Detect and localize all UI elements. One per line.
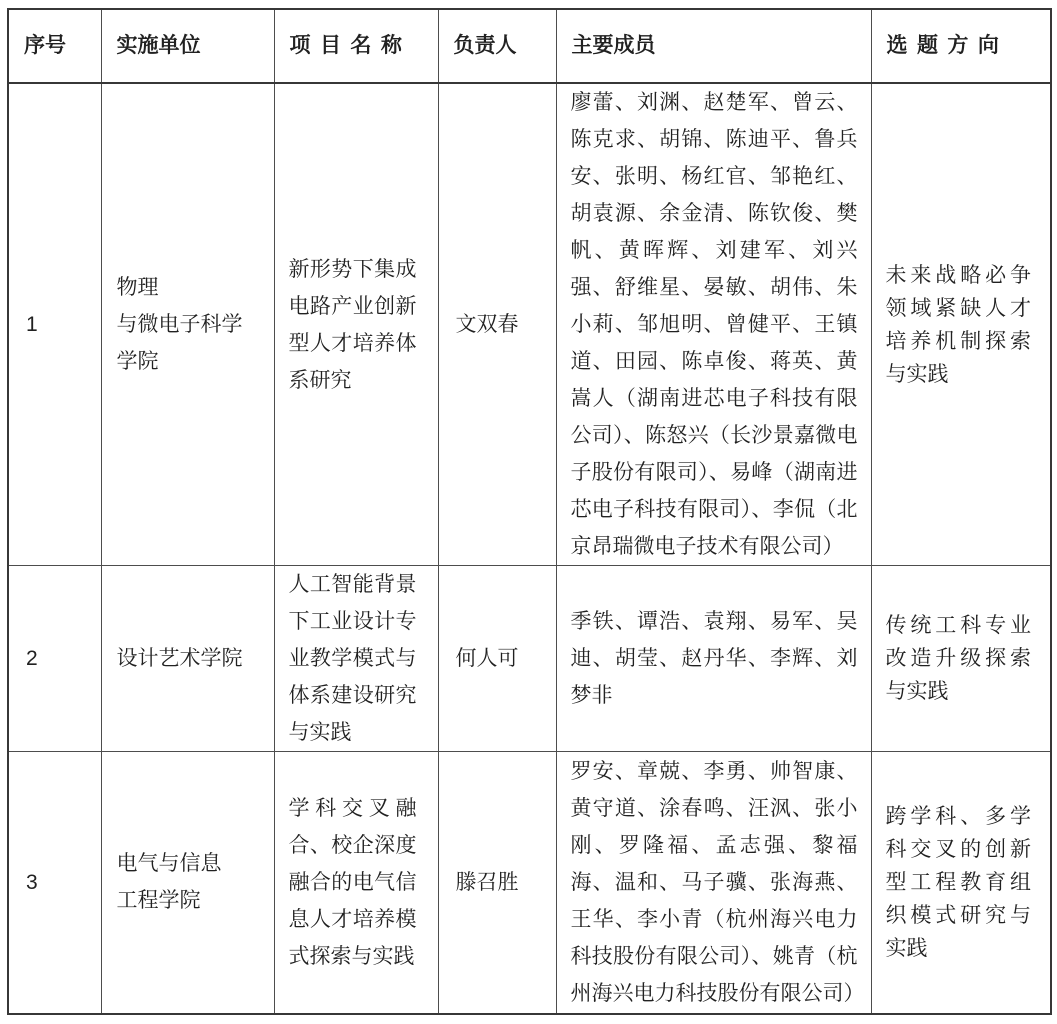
- project-list-table: 序号 实施单位 项目名称 负责人 主要成员 选题方向 1 物理 与微电子科学 学…: [7, 8, 1052, 1015]
- table-row: 3 电气与信息 工程学院 学科交叉融合、校企深度融合的电气信息人才培养模式探索与…: [8, 752, 1051, 1014]
- row-direction: 跨学科、多学科交叉的创新型工程教育组织模式研究与实践: [871, 752, 1051, 1014]
- table-row: 2 设计艺术学院 人工智能背景下工业设计专业教学模式与体系建设研究与实践 何人可…: [8, 566, 1051, 752]
- row-unit: 物理 与微电子科学 学院: [101, 83, 274, 566]
- col-header-direction: 选题方向: [871, 9, 1051, 83]
- col-header-unit: 实施单位: [101, 9, 274, 83]
- col-header-leader: 负责人: [438, 9, 556, 83]
- row-project-name: 新形势下集成电路产业创新型人才培养体系研究: [274, 83, 438, 566]
- row-leader: 何人可: [438, 566, 556, 752]
- row-members: 罗安、章兢、李勇、帅智康、黄守道、涂春鸣、汪沨、张小刚、罗隆福、孟志强、黎福海、…: [556, 752, 871, 1014]
- col-header-members: 主要成员: [556, 9, 871, 83]
- row-no: 2: [8, 566, 101, 752]
- row-members: 季铁、谭浩、袁翔、易军、吴迪、胡莹、赵丹华、李辉、刘梦非: [556, 566, 871, 752]
- row-leader: 滕召胜: [438, 752, 556, 1014]
- table-row: 1 物理 与微电子科学 学院 新形势下集成电路产业创新型人才培养体系研究 文双春…: [8, 83, 1051, 566]
- row-direction: 传统工科专业改造升级探索与实践: [871, 566, 1051, 752]
- row-leader: 文双春: [438, 83, 556, 566]
- row-unit: 电气与信息 工程学院: [101, 752, 274, 1014]
- row-no: 1: [8, 83, 101, 566]
- col-header-project: 项目名称: [274, 9, 438, 83]
- row-project-name: 学科交叉融合、校企深度融合的电气信息人才培养模式探索与实践: [274, 752, 438, 1014]
- page-container: 序号 实施单位 项目名称 负责人 主要成员 选题方向 1 物理 与微电子科学 学…: [0, 0, 1057, 1024]
- row-project-name: 人工智能背景下工业设计专业教学模式与体系建设研究与实践: [274, 566, 438, 752]
- row-unit: 设计艺术学院: [101, 566, 274, 752]
- table-header-row: 序号 实施单位 项目名称 负责人 主要成员 选题方向: [8, 9, 1051, 83]
- row-direction: 未来战略必争领域紧缺人才培养机制探索与实践: [871, 83, 1051, 566]
- col-header-no: 序号: [8, 9, 101, 83]
- row-members: 廖蕾、刘渊、赵楚军、曾云、陈克求、胡锦、陈迪平、鲁兵安、张明、杨红官、邹艳红、胡…: [556, 83, 871, 566]
- row-no: 3: [8, 752, 101, 1014]
